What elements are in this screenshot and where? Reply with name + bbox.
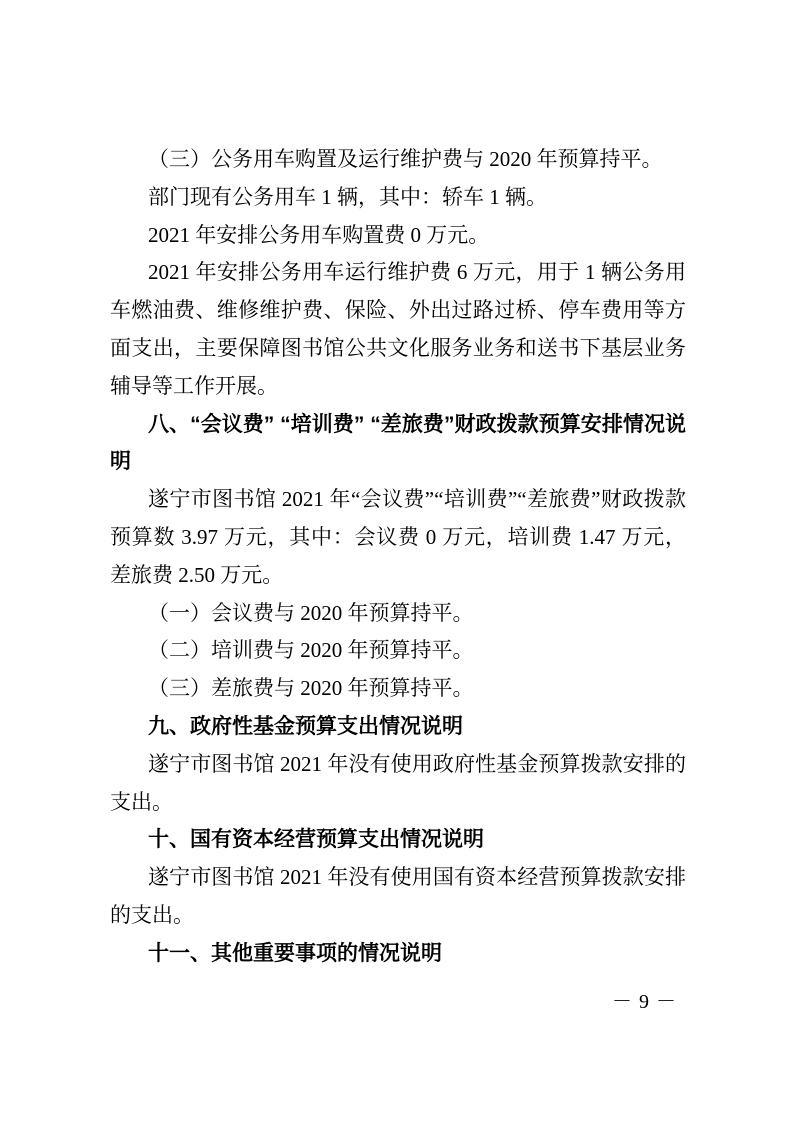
document-page: （三）公务用车购置及运行维护费与 2020 年预算持平。 部门现有公务用车 1 … bbox=[0, 0, 793, 1122]
paragraph-vehicle-count: 部门现有公务用车 1 辆，其中：轿车 1 辆。 bbox=[110, 179, 686, 217]
paragraph-meeting-fee-flat: （一）会议费与 2020 年预算持平。 bbox=[110, 595, 686, 633]
document-body: （三）公务用车购置及运行维护费与 2020 年预算持平。 部门现有公务用车 1 … bbox=[110, 141, 686, 973]
section-heading-9: 九、政府性基金预算支出情况说明 bbox=[110, 708, 686, 746]
page-number: － 9 － bbox=[612, 988, 677, 1016]
paragraph-fees-budget: 遂宁市图书馆 2021 年“会议费”“培训费”“差旅费”财政拨款预算数 3.97… bbox=[110, 481, 686, 594]
paragraph-travel-fee-flat: （三）差旅费与 2020 年预算持平。 bbox=[110, 670, 686, 708]
section-heading-10: 十、国有资本经营预算支出情况说明 bbox=[110, 821, 686, 859]
section-heading-8: 八、“会议费” “培训费” “差旅费”财政拨款预算安排情况说明 bbox=[110, 406, 686, 482]
paragraph-state-capital-none: 遂宁市图书馆 2021 年没有使用国有资本经营预算拨款安排的支出。 bbox=[110, 859, 686, 935]
paragraph-vehicle-operating: 2021 年安排公务用车运行维护费 6 万元，用于 1 辆公务用车燃油费、维修维… bbox=[110, 254, 686, 405]
paragraph-training-fee-flat: （二）培训费与 2020 年预算持平。 bbox=[110, 632, 686, 670]
section-heading-11: 十一、其他重要事项的情况说明 bbox=[110, 935, 686, 973]
paragraph-vehicle-purchase: 2021 年安排公务用车购置费 0 万元。 bbox=[110, 217, 686, 255]
paragraph-vehicle-maintain-flat: （三）公务用车购置及运行维护费与 2020 年预算持平。 bbox=[110, 141, 686, 179]
paragraph-gov-fund-none: 遂宁市图书馆 2021 年没有使用政府性基金预算拨款安排的支出。 bbox=[110, 746, 686, 822]
